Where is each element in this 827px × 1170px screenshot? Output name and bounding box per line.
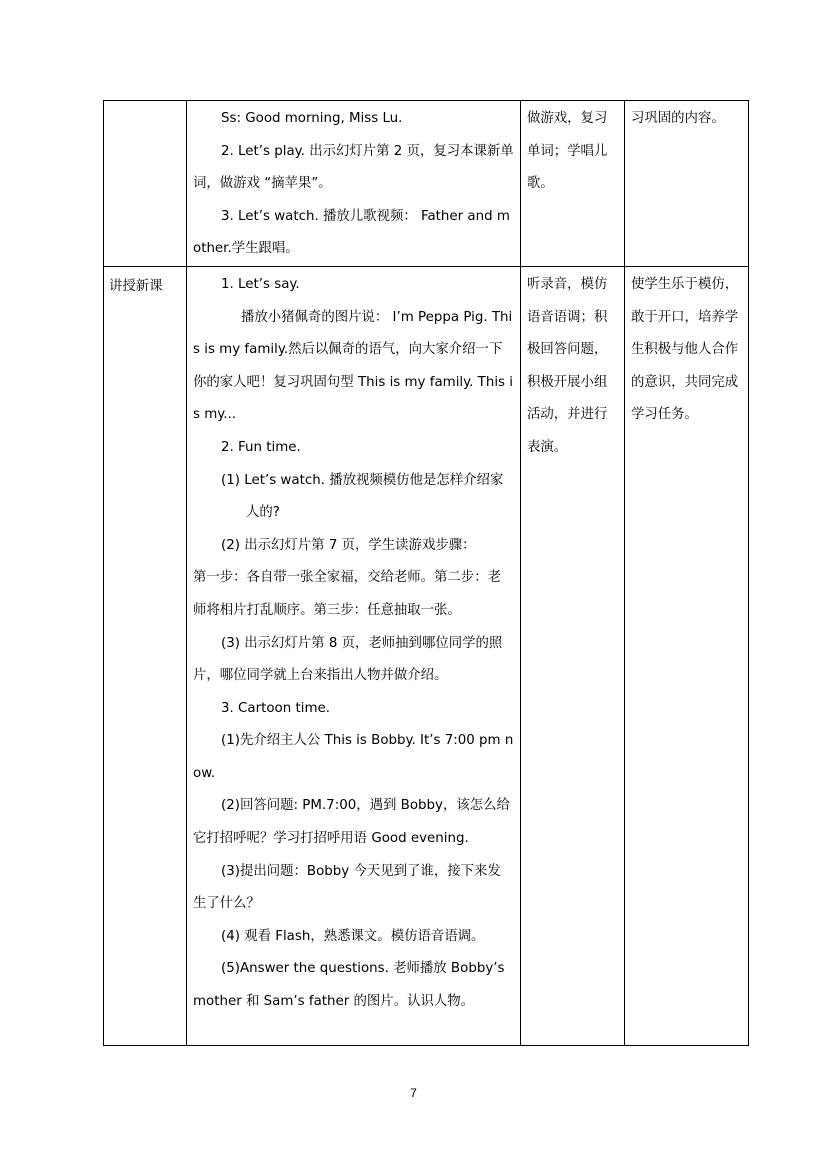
activity-line: 播放小猪佩奇的图片说： I’m Peppa Pig. This is my fa…	[193, 302, 514, 432]
purpose-text: 习巩固的内容。	[631, 103, 746, 136]
activity-line: (3) 出示幻灯片第 8 页，老师抽到哪位同学的照片，哪位同学就上台来指出人物并…	[193, 628, 514, 693]
activity-line: Ss: Good morning, Miss Lu.	[193, 103, 514, 136]
stage-label: 讲授新课	[109, 271, 186, 304]
activity-line: (4) 观看 Flash，熟悉课文。模仿语音语调。	[193, 921, 514, 954]
stage-cell	[104, 101, 187, 267]
activity-line: 2. Let’s play. 出示幻灯片第 2 页，复习本课新单词，做游戏 “摘…	[193, 136, 514, 201]
activity-line: (5)Answer the questions. 老师播放 Bobby’s mo…	[193, 953, 514, 1018]
document-page: Ss: Good morning, Miss Lu. 2. Let’s play…	[0, 0, 827, 1170]
activity-line: 3. Let’s watch. 播放儿歌视频： Father and mothe…	[193, 201, 514, 266]
activity-heading: 2. Fun time.	[193, 432, 514, 465]
student-activity-cell: 做游戏，复习单词；学唱儿歌。	[521, 101, 625, 267]
table-row: Ss: Good morning, Miss Lu. 2. Let’s play…	[104, 101, 749, 267]
lesson-plan-table: Ss: Good morning, Miss Lu. 2. Let’s play…	[103, 100, 749, 1046]
purpose-text: 使学生乐于模仿，敢于开口，培养学生积极与他人合作的意识，共同完成学习任务。	[631, 269, 746, 432]
student-activity-cell: 听录音，模仿语音语调；积极回答问题，积极开展小组活动，并进行表演。	[521, 266, 625, 1045]
activity-line: (3)提出问题：Bobby 今天见到了谁，接下来发生了什么？	[193, 856, 514, 921]
purpose-cell: 习巩固的内容。	[625, 101, 749, 267]
page-number: 7	[0, 1086, 827, 1100]
activity-line: 第一步：各自带一张全家福，交给老师。第二步：老师将相片打乱顺序。第三步：任意抽取…	[193, 562, 514, 627]
purpose-cell: 使学生乐于模仿，敢于开口，培养学生积极与他人合作的意识，共同完成学习任务。	[625, 266, 749, 1045]
activity-line: (2)回答问题: PM.7:00，遇到 Bobby，该怎么给它打招呼呢？学习打招…	[193, 790, 514, 855]
student-activity-text: 听录音，模仿语音语调；积极回答问题，积极开展小组活动，并进行表演。	[527, 269, 620, 465]
activity-heading: 3. Cartoon time.	[193, 693, 514, 726]
student-activity-text: 做游戏，复习单词；学唱儿歌。	[527, 103, 620, 201]
activity-heading: 1. Let’s say.	[193, 269, 514, 302]
activity-line: (1)先介绍主人公 This is Bobby. It’s 7:00 pm no…	[193, 725, 514, 790]
stage-cell: 讲授新课	[104, 266, 187, 1045]
activities-cell: Ss: Good morning, Miss Lu. 2. Let’s play…	[187, 101, 521, 267]
activity-line: (2) 出示幻灯片第 7 页，学生读游戏步骤：	[193, 530, 514, 563]
activity-line: (1) Let’s watch. 播放视频模仿他是怎样介绍家人的?	[193, 465, 514, 530]
table-row: 讲授新课 1. Let’s say. 播放小猪佩奇的图片说： I’m Peppa…	[104, 266, 749, 1045]
activities-cell: 1. Let’s say. 播放小猪佩奇的图片说： I’m Peppa Pig.…	[187, 266, 521, 1045]
